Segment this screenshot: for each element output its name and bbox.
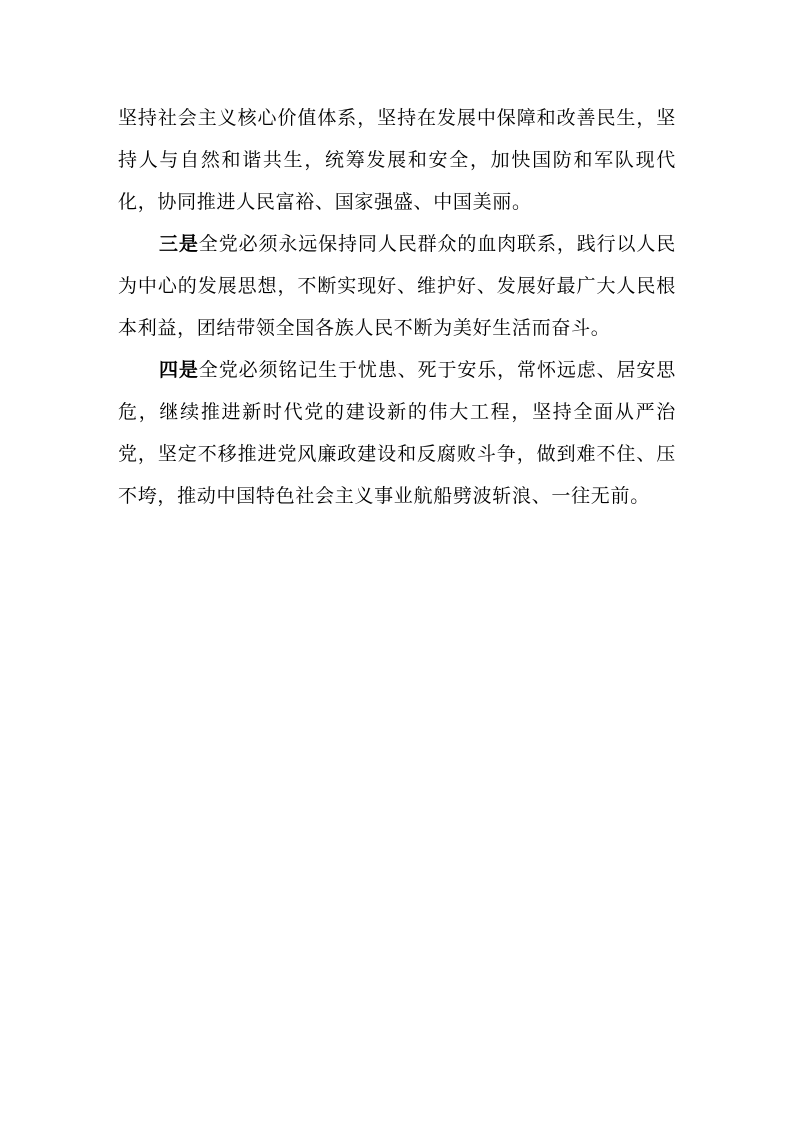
text-block: 坚持社会主义核心价值体系，坚持在发展中保障和改善民生，坚持人与自然和谐共生，统筹…: [118, 98, 676, 518]
paragraph-lead: 三是: [159, 234, 199, 255]
paragraph-point-three: 三是全党必须永远保持同人民群众的血肉联系，践行以人民为中心的发展思想，不断实现好…: [118, 224, 676, 350]
paragraph-text: 全党必须永远保持同人民群众的血肉联系，践行以人民为中心的发展思想，不断实现好、维…: [118, 234, 676, 339]
paragraph-text: 坚持社会主义核心价值体系，坚持在发展中保障和改善民生，坚持人与自然和谐共生，统筹…: [118, 108, 676, 213]
paragraph-point-four: 四是全党必须铭记生于忧患、死于安乐，常怀远虑、居安思危，继续推进新时代党的建设新…: [118, 350, 676, 518]
document-page: 坚持社会主义核心价值体系，坚持在发展中保障和改善民生，坚持人与自然和谐共生，统筹…: [0, 0, 793, 1122]
paragraph-lead: 四是: [159, 360, 199, 381]
paragraph-continuation: 坚持社会主义核心价值体系，坚持在发展中保障和改善民生，坚持人与自然和谐共生，统筹…: [118, 98, 676, 224]
paragraph-text: 全党必须铭记生于忧患、死于安乐，常怀远虑、居安思危，继续推进新时代党的建设新的伟…: [118, 360, 676, 507]
